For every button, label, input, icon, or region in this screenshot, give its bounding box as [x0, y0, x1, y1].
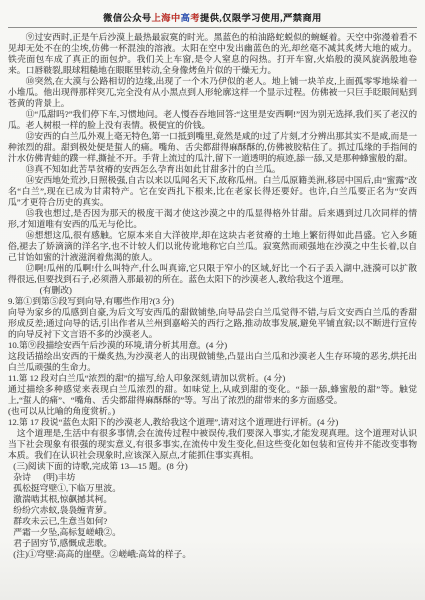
essay-paragraph-16: ⑯想想这瓜,很有感触。它原本来自大洋彼岸,却在这块古老贫瘠的土地上繁衍得如此昌盛… — [8, 230, 417, 263]
essay-paragraph-14: ⑭安西地处荒沙,日照极强,自古以来以瓜闻名天下,故称瓜州。白兰瓜原籍美洲,移居中… — [8, 175, 417, 208]
essay-paragraph-13: ⑬真不知如此苦旱贫瘠的安西怎么孕育出如此甘甜多汁的白兰瓜。 — [8, 164, 417, 175]
question-10-text: 10.第⑨段描绘安西午后沙漠的环境,请分析其用意。(4 分) — [8, 340, 417, 351]
essay-paragraph-9: ⑨过安西时,正是午后沙漠上最热最寂寞的时光。黑蓝色的柏油路蛇蜕似的蜿蜒着。天空中… — [8, 32, 417, 76]
poem-line-6: 君子固穷节,感慨成悲歌。 — [13, 538, 417, 549]
question-9-answer: 向导为家乡的瓜感到自豪,为后文写安西瓜的甜做铺垫,向导品尝白兰瓜觉得不错,与后文… — [8, 307, 417, 340]
essay-paragraph-12: ⑫安西的白兰瓜外观上毫无特色,第一口抵到嘴里,竟然是咸的!过了片刻,才分辨出那其… — [8, 131, 417, 164]
question-9-text: 9.第①到第⑤段写到向导,有哪些作用?(3 分) — [8, 296, 417, 307]
essay-paragraph-10: ⑩突然,在大漠与公路相切的边缘,出现了一个木乃伊似的老人。地上铺一块羊皮,上面孤… — [8, 76, 417, 109]
header-brand-blue: 高 — [181, 13, 191, 23]
question-block-10: 10.第⑨段描绘安西午后沙漠的环境,请分析其用意。(4 分) 这段话描绘出安西的… — [8, 340, 417, 373]
question-12-text: 12.第 17 段说“蓝色太阳下的沙漠老人,教给我这个道理”,请对这个道理进行评… — [8, 417, 417, 428]
question-11-answer: 通过描绘多种感觉来表现白兰瓜浓烈的甜。如味觉上,从咸到甜的变化。“舔一舔,蜂蜜般… — [8, 384, 417, 406]
poem-line-3: 纷纷穴赤蚁,袅袅缠青萝。 — [13, 505, 417, 516]
poem-line-4: 群攻未云已,生意当如何? — [13, 516, 417, 527]
question-10-answer: 这段话描绘出安西的干燥炙热,为沙漠老人的出现做铺垫,凸显出白兰瓜和沙漠老人生存环… — [8, 351, 417, 373]
question-12-answer: 这个道理是,生活中有很多事情,会在流传过程中被误传,我们要深入事实,才能发现真理… — [8, 428, 417, 461]
exam-page: 微信公众号上海中高考提供,仅限学习使用,严禁商用 ⑨过安西时,正是午后沙漠上最热… — [0, 0, 425, 600]
header-prefix: 微信公众号 — [103, 13, 151, 23]
header-suffix: 提供,仅限学习使用,严禁商用 — [200, 13, 322, 23]
watermark-header: 微信公众号上海中高考提供,仅限学习使用,严禁商用 — [8, 10, 417, 24]
reading-passage: ⑨过安西时,正是午后沙漠上最热最寂寞的时光。黑蓝色的柏油路蛇蜕似的蜿蜒着。天空中… — [8, 32, 417, 296]
poem-title-line: 杂诗(明)丰坊 — [13, 472, 417, 483]
poem-line-1: 孤松挺穹壁①,下临万里波。 — [13, 483, 417, 494]
header-brand-red-2: 考 — [190, 13, 200, 23]
question-11-text: 11.第 12 段对白兰瓜“浓烈的甜”的描写,给人印象深刻,请加以赏析。(4 分… — [8, 373, 417, 384]
poem-author: (明)丰坊 — [43, 472, 75, 482]
question-11-note: (也可以从比喻的角度赏析。) — [8, 406, 417, 417]
essay-paragraph-15: ⑮我也想过,是否因为那天的极度干渴才使这沙漠之中的瓜显得格外甘甜。后来遇到过几次… — [8, 208, 417, 230]
poetry-section-heading: (三)阅读下面的诗歌,完成第 13—15 题。(8 分) — [13, 461, 417, 472]
essay-paragraph-17: ⑰啊!瓜州的瓜啊!什么叫特产,什么叫真谛,它只限于窄小的区域,好比一个石子丢入湖… — [8, 263, 417, 285]
essay-paragraph-11: ⑪“瓜甜吗?”我们停下车,习惯地问。老人慢吞吞地回答:“这里是安西啊!”因为别无… — [8, 109, 417, 131]
poem-note: (注)①穹壁:高高的崖壁。②嵯峨:高耸的样子。 — [13, 549, 417, 560]
poem-title: 杂诗 — [13, 472, 31, 482]
header-brand-red-1: 上海中 — [152, 13, 181, 23]
poem-line-5: 严霜一夕坠,高标复嵯峨②。 — [13, 527, 417, 538]
essay-attribution: (有删改) — [8, 285, 417, 296]
question-block-9: 9.第①到第⑤段写到向导,有哪些作用?(3 分) 向导为家乡的瓜感到自豪,为后文… — [8, 296, 417, 340]
question-block-12: 12.第 17 段说“蓝色太阳下的沙漠老人,教给我这个道理”,请对这个道理进行评… — [8, 417, 417, 461]
poetry-section: (三)阅读下面的诗歌,完成第 13—15 题。(8 分) 杂诗(明)丰坊 孤松挺… — [8, 461, 417, 560]
poem-line-2: 激湍啮其根,惊飙撼其柯。 — [13, 494, 417, 505]
question-block-11: 11.第 12 段对白兰瓜“浓烈的甜”的描写,给人印象深刻,请加以赏析。(4 分… — [8, 373, 417, 417]
header-divider — [8, 27, 417, 28]
